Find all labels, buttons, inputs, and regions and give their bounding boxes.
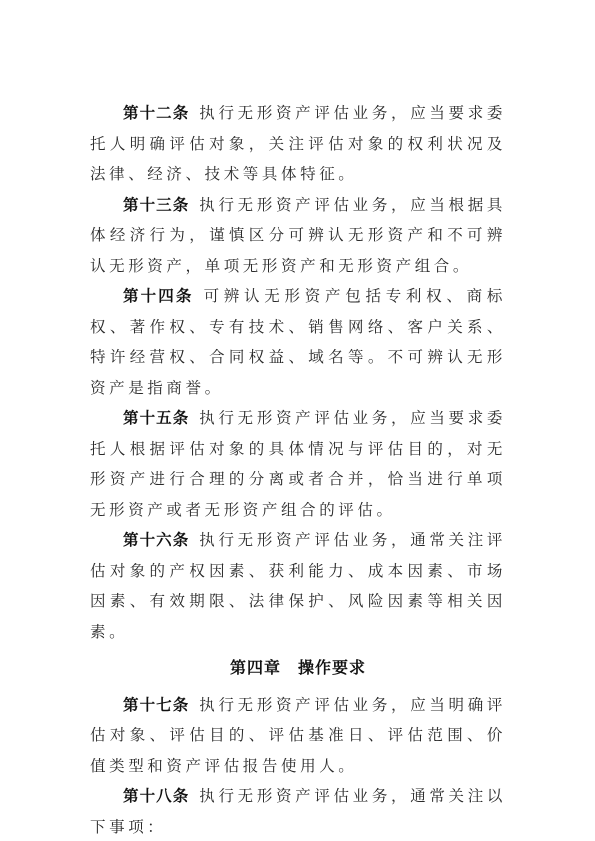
article-label: 第十六条 <box>123 531 189 549</box>
article-16: 第十六条执行无形资产评估业务，通常关注评估对象的产权因素、获利能力、成本因素、市… <box>90 525 506 647</box>
article-label: 第十四条 <box>123 287 194 305</box>
article-label: 第十二条 <box>123 104 189 122</box>
article-12: 第十二条执行无形资产评估业务，应当要求委托人明确评估对象，关注评估对象的权利状况… <box>90 98 506 190</box>
article-17: 第十七条执行无形资产评估业务，应当明确评估对象、评估目的、评估基准日、评估范围、… <box>90 690 506 782</box>
article-label: 第十五条 <box>123 409 189 427</box>
article-15: 第十五条执行无形资产评估业务，应当要求委托人根据评估对象的具体情况与评估目的，对… <box>90 403 506 525</box>
article-label: 第十八条 <box>123 787 189 805</box>
article-18: 第十八条执行无形资产评估业务，通常关注以下事项： <box>90 781 506 841</box>
article-label: 第十七条 <box>123 696 189 714</box>
article-label: 第十三条 <box>123 196 189 214</box>
document-page: 第十二条执行无形资产评估业务，应当要求委托人明确评估对象，关注评估对象的权利状况… <box>90 98 506 841</box>
article-13: 第十三条执行无形资产评估业务，应当根据具体经济行为，谨慎区分可辨认无形资产和不可… <box>90 190 506 282</box>
chapter-heading: 第四章 操作要求 <box>90 653 506 684</box>
article-14: 第十四条可辨认无形资产包括专利权、商标权、著作权、专有技术、销售网络、客户关系、… <box>90 281 506 403</box>
